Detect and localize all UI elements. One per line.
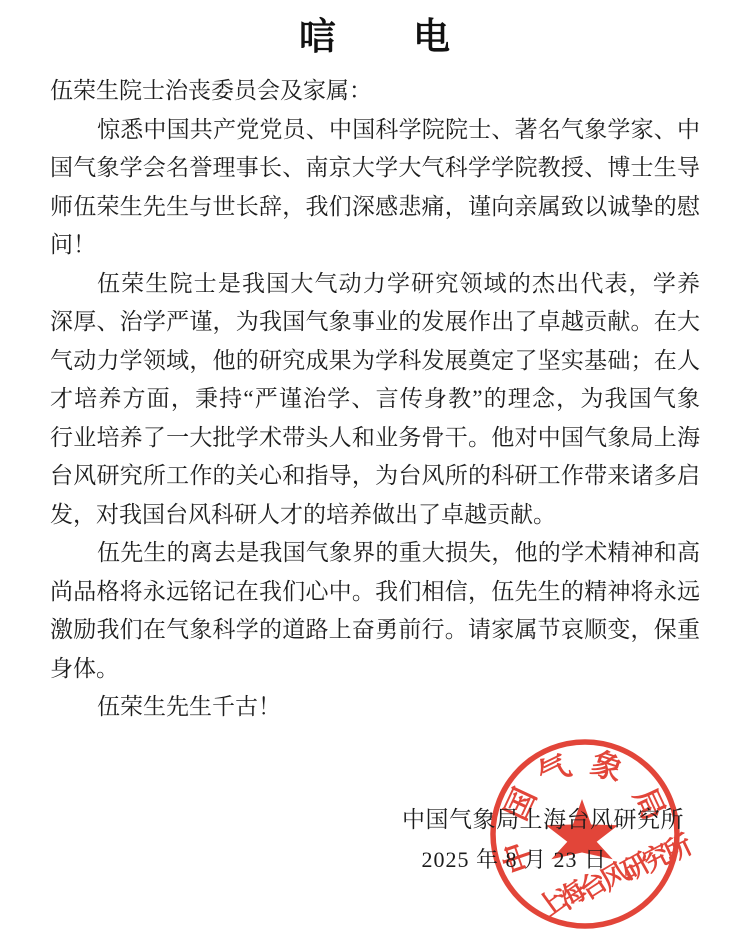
text-line: 问！ [50, 226, 700, 265]
text-line: 尚品格将永远铭记在我们心中。我们相信，伍先生的精神将永远 [50, 573, 700, 612]
text-line: 国气象学会名誉理事长、南京大学大气科学学院教授、博士生导 [50, 149, 700, 188]
paragraphs-container: 惊悉中国共产党党员、中国科学院院士、著名气象学家、中国气象学会名誉理事长、南京大… [50, 111, 700, 727]
body-text: 伍荣生院士治丧委员会及家属： 惊悉中国共产党党员、中国科学院院士、著名气象学家、… [50, 72, 700, 727]
condolence-letter-page: 唁 电 伍荣生院士治丧委员会及家属： 惊悉中国共产党党员、中国科学院院士、著名气… [0, 0, 750, 951]
text-line: 行业培养了一大批学术带头人和业务骨干。他对中国气象局上海 [50, 419, 700, 458]
text-line: 深厚、治学严谨，为我国气象事业的发展作出了卓越贡献。在大 [50, 303, 700, 342]
text-line: 发，对我国台风科研人才的培养做出了卓越贡献。 [50, 496, 700, 535]
text-line: 激励我们在气象科学的道路上奋勇前行。请家属节哀顺变，保重 [50, 611, 700, 650]
text-line: 师伍荣生先生与世长辞，我们深感悲痛，谨向亲属致以诚挚的慰 [50, 188, 700, 227]
text-line: 气动力学领域，他的研究成果为学科发展奠定了坚实基础；在人 [50, 342, 700, 381]
text-line: 伍先生的离去是我国气象界的重大损失，他的学术精神和高 [50, 534, 700, 573]
signature-org-name: 中国气象局上海台风研究所 [402, 801, 684, 834]
text-line: 伍荣生先生千古！ [50, 688, 700, 727]
text-line: 惊悉中国共产党党员、中国科学院院士、著名气象学家、中 [50, 111, 700, 150]
page-title: 唁 电 [0, 6, 750, 60]
salutation-line: 伍荣生院士治丧委员会及家属： [50, 72, 700, 111]
official-seal-stamp: 中国气象局 上海台风研究所 [486, 736, 688, 938]
text-line: 台风研究所工作的关心和指导，为台风所的科研工作带来诸多启 [50, 457, 700, 496]
text-line: 身体。 [50, 650, 700, 689]
date-line: 2025 年 8 月 23 日 [421, 843, 607, 874]
text-line: 才培养方面，秉持“严谨治学、言传身教”的理念，为我国气象 [50, 380, 700, 419]
text-line: 伍荣生院士是我国大气动力学研究领域的杰出代表，学养 [50, 265, 700, 304]
